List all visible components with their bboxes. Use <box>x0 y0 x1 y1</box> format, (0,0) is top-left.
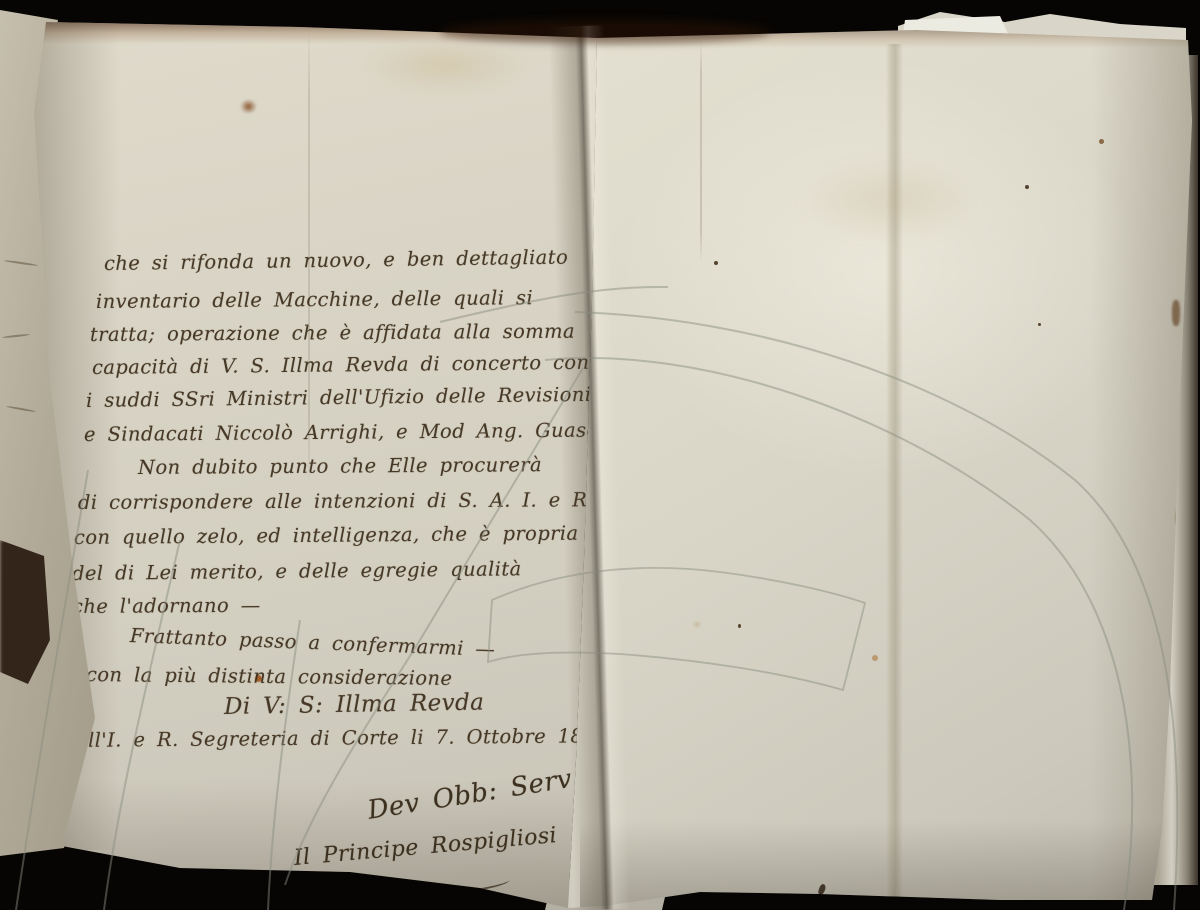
watermark-arc <box>268 620 300 910</box>
watermark-arc <box>285 368 583 885</box>
watermark-arc <box>440 287 668 322</box>
watermark-arc <box>575 312 1177 910</box>
watermark-arc <box>545 358 1132 910</box>
watermark-arc <box>104 540 180 910</box>
manuscript-photo: che si rifonda un nuovo, e ben dettaglia… <box>0 0 1200 910</box>
watermark-arc <box>16 470 88 910</box>
archival-watermark <box>0 0 1200 910</box>
watermark-band <box>488 568 865 690</box>
